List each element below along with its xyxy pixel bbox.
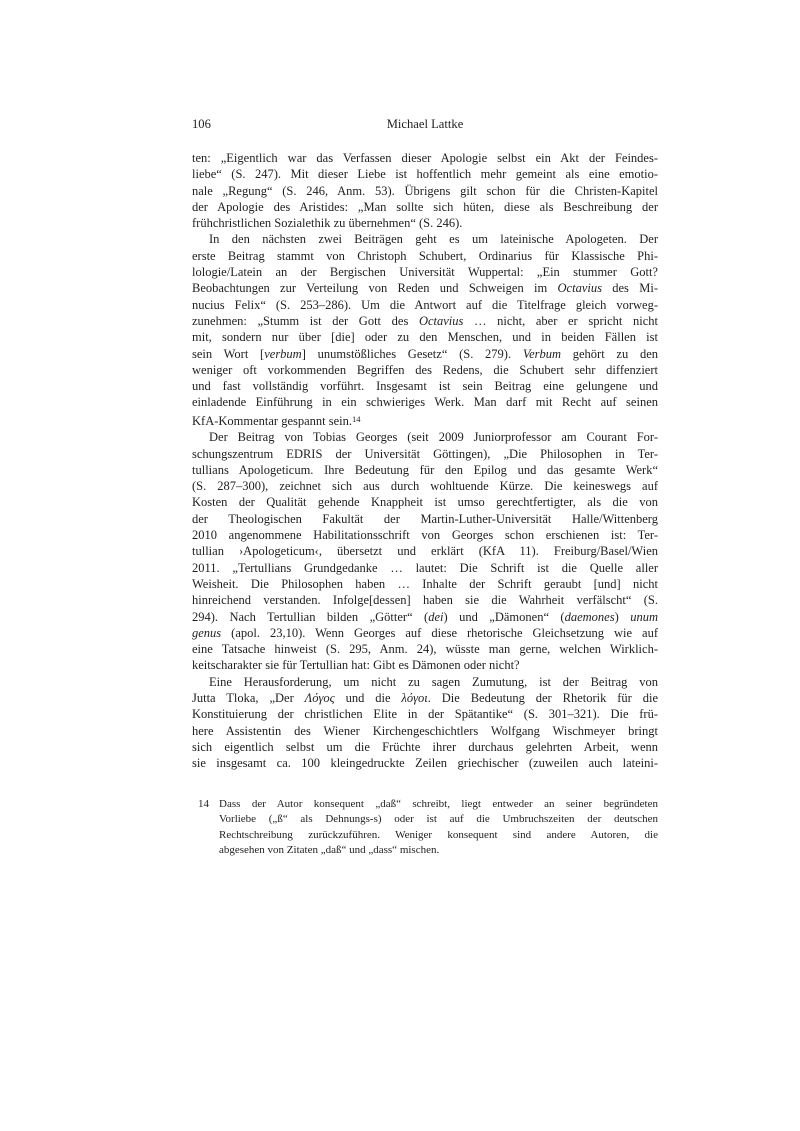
text-line: der Theologischen Fakultät der Martin-Lu… <box>192 511 658 527</box>
text-line: (S. 287–300), zeichnet sich aus durch wo… <box>192 478 658 494</box>
document-page: 106 Michael Lattke ten: „Eigentlich war … <box>0 0 800 1131</box>
running-head: Michael Lattke <box>192 117 658 132</box>
text-line: sich eigentlich selbst um die Früchte ih… <box>192 739 658 755</box>
text-line: hinreichend verstanden. Infolge[dessen] … <box>192 592 658 608</box>
text-line: Dass der Autor konsequent „daß“ schreibt… <box>219 797 658 812</box>
text-line: Vorliebe („ß“ als Dehnungs-s) oder ist a… <box>219 812 658 827</box>
text-line: keitscharakter sie für Tertullian hat: G… <box>192 657 658 673</box>
text-line: sie insgesamt ca. 100 kleingedruckte Zei… <box>192 755 658 771</box>
text-line: KfA-Kommentar gespannt sein.14 <box>192 411 658 430</box>
text-line: In den nächsten zwei Beiträgen geht es u… <box>192 231 658 247</box>
text-line: einladende Einführung in ein schwieriges… <box>192 394 658 410</box>
text-line: genus (apol. 23,10). Wenn Georges auf di… <box>192 625 658 641</box>
text-line: 2011. „Tertullians Grundgedanke … lautet… <box>192 560 658 576</box>
text-line: abgesehen von Zitaten „daß“ und „dass“ m… <box>219 843 658 858</box>
page-number: 106 <box>192 117 211 132</box>
paragraph: ten: „Eigentlich war das Verfassen diese… <box>192 150 658 231</box>
text-line: frühchristlichen Sozialethik zu übernehm… <box>192 215 658 231</box>
text-line: sein Wort [verbum] unumstößliches Gesetz… <box>192 346 658 362</box>
text-line: lologie/Latein an der Bergischen Univers… <box>192 264 658 280</box>
text-line: ten: „Eigentlich war das Verfassen diese… <box>192 150 658 166</box>
text-line: nale „Regung“ (S. 246, Anm. 53). Übrigen… <box>192 183 658 199</box>
text-line: erste Beitrag stammt von Christoph Schub… <box>192 248 658 264</box>
text-line: here Assistentin des Wiener Kirchengesch… <box>192 723 658 739</box>
paragraph: Eine Herausforderung, um nicht zu sagen … <box>192 674 658 772</box>
text-line: 2010 angenommene Habilitationsschrift vo… <box>192 527 658 543</box>
text-line: eine Tatsache hinweist (S. 295, Anm. 24)… <box>192 641 658 657</box>
text-line: Beobachtungen zur Verteilung von Reden u… <box>192 280 658 296</box>
text-line: und fast vollständig vorführt. Insgesamt… <box>192 378 658 394</box>
text-line: 294). Nach Tertullian bilden „Götter“ (d… <box>192 609 658 625</box>
text-line: Rechtschreibung zurückzuführen. Weniger … <box>219 828 658 843</box>
text-line: Der Beitrag von Tobias Georges (seit 200… <box>192 429 658 445</box>
paragraph: In den nächsten zwei Beiträgen geht es u… <box>192 231 658 429</box>
text-line: Konstituierung der christlichen Elite in… <box>192 706 658 722</box>
text-line: Kosten der Qualität gehende Knappheit is… <box>192 494 658 510</box>
footnote-reference: 14 <box>352 414 361 424</box>
text-line: Eine Herausforderung, um nicht zu sagen … <box>192 674 658 690</box>
footnote-text: Dass der Autor konsequent „daß“ schreibt… <box>219 797 658 859</box>
text-line: liebe“ (S. 247). Mit dieser Liebe ist ho… <box>192 166 658 182</box>
body-text: ten: „Eigentlich war das Verfassen diese… <box>192 150 658 772</box>
text-line: tullian ›Apologeticum‹, übersetzt und er… <box>192 543 658 559</box>
text-line: der Apologie des Aristides: „Man sollte … <box>192 199 658 215</box>
footnote: 14 Dass der Autor konsequent „daß“ schre… <box>198 797 658 859</box>
text-line: mit, sondern nur über [die] oder zu den … <box>192 329 658 345</box>
paragraph: Der Beitrag von Tobias Georges (seit 200… <box>192 429 658 673</box>
text-line: Jutta Tloka, „Der Λόγος und die λόγοι. D… <box>192 690 658 706</box>
text-line: weniger oft vorkommenden Begriffen des R… <box>192 362 658 378</box>
text-line: tullians Apologeticum. Ihre Bedeutung fü… <box>192 462 658 478</box>
page-header: 106 Michael Lattke <box>192 117 658 132</box>
text-line: schungszentrum EDRIS der Universität Göt… <box>192 446 658 462</box>
footnote-number: 14 <box>198 797 219 859</box>
text-line: zunehmen: „Stumm ist der Gott des Octavi… <box>192 313 658 329</box>
text-line: Weisheit. Die Philosophen haben … Inhalt… <box>192 576 658 592</box>
text-line: nucius Felix“ (S. 253–286). Um die Antwo… <box>192 297 658 313</box>
